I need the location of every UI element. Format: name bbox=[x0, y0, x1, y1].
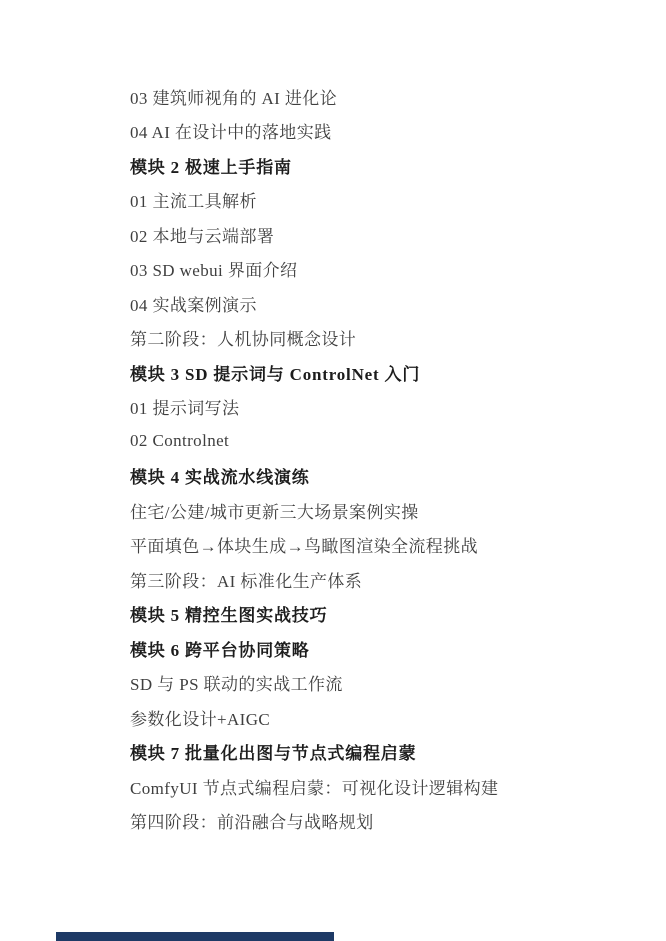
outline-line: 01 提示词写法 bbox=[130, 390, 646, 425]
outline-line: 第三阶段：AI 标准化生产体系 bbox=[130, 562, 646, 597]
outline-line: 平面填色→体块生成→鸟瞰图渲染全流程挑战 bbox=[130, 528, 646, 563]
module-heading-line: 模块 2 极速上手指南 bbox=[130, 148, 646, 183]
module-heading-line: 模块 6 跨平台协同策略 bbox=[130, 631, 646, 666]
outline-line: 住宅/公建/城市更新三大场景案例实操 bbox=[130, 493, 646, 528]
module-heading-line: 模块 4 实战流水线演练 bbox=[130, 459, 646, 494]
outline-line: 03 建筑师视角的 AI 进化论 bbox=[130, 79, 646, 114]
document-page: 03 建筑师视角的 AI 进化论04 AI 在设计中的落地实践模块 2 极速上手… bbox=[0, 0, 666, 941]
outline-line: 第二阶段：人机协同概念设计 bbox=[130, 321, 646, 356]
course-outline: 03 建筑师视角的 AI 进化论04 AI 在设计中的落地实践模块 2 极速上手… bbox=[130, 79, 646, 838]
outline-line: 第四阶段：前沿融合与战略规划 bbox=[130, 804, 646, 839]
outline-line: ComfyUI 节点式编程启蒙：可视化设计逻辑构建 bbox=[130, 769, 646, 804]
outline-line: 04 实战案例演示 bbox=[130, 286, 646, 321]
module-heading-line: 模块 3 SD 提示词与 ControlNet 入门 bbox=[130, 355, 646, 390]
module-heading-line: 模块 5 精控生图实战技巧 bbox=[130, 597, 646, 632]
outline-line: 02 Controlnet bbox=[130, 424, 646, 459]
outline-line: SD 与 PS 联动的实战工作流 bbox=[130, 666, 646, 701]
outline-line: 04 AI 在设计中的落地实践 bbox=[130, 114, 646, 149]
outline-line: 02 本地与云端部署 bbox=[130, 217, 646, 252]
outline-line: 03 SD webui 界面介绍 bbox=[130, 252, 646, 287]
next-page-table-edge bbox=[56, 932, 334, 941]
module-heading-line: 模块 7 批量化出图与节点式编程启蒙 bbox=[130, 735, 646, 770]
outline-line: 01 主流工具解析 bbox=[130, 183, 646, 218]
outline-line: 参数化设计+AIGC bbox=[130, 700, 646, 735]
